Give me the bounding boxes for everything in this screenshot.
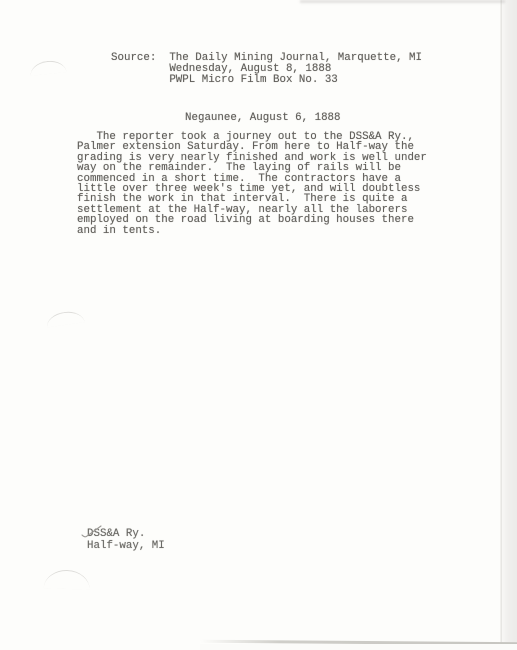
paper-curl-mark bbox=[44, 569, 91, 590]
article-paragraph: The reporter took a journey out to the D… bbox=[77, 132, 427, 236]
annotation-location: Half-way, MI bbox=[87, 540, 165, 552]
scanner-background bbox=[200, 644, 517, 650]
page-right-edge-shadow bbox=[501, 0, 517, 650]
scanned-page: Source: The Daily Mining Journal, Marque… bbox=[0, 0, 517, 650]
paper-curl-mark bbox=[29, 59, 66, 76]
source-citation-block: Source: The Daily Mining Journal, Marque… bbox=[111, 53, 422, 86]
page-top-edge-smudge bbox=[300, 0, 505, 3]
index-annotation: DSS&A Ry. Half-way, MI bbox=[87, 528, 165, 552]
dateline: Negaunee, August 6, 1888 bbox=[185, 113, 341, 124]
paper-curl-mark bbox=[45, 309, 84, 327]
checkmark-icon bbox=[81, 524, 103, 540]
